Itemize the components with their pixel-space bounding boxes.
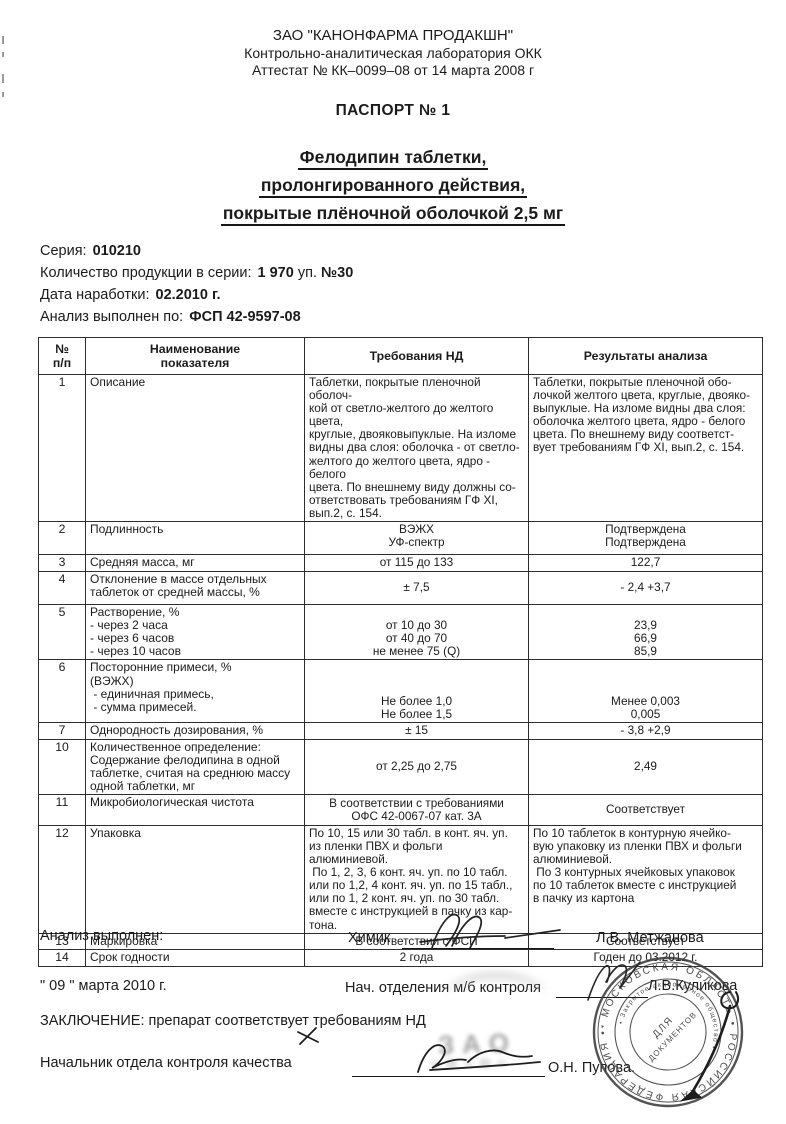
- table-row-11: 11Микробиологическая чистотаВ соответств…: [39, 794, 763, 825]
- round-stamp: МОСКОВСКАЯ ОБЛАСТЬ • РОССИЙСКАЯ ФЕДЕРАЦИ…: [587, 951, 750, 1114]
- cell-parameter-name: Растворение, % - через 2 часа - через 6 …: [86, 605, 305, 660]
- chemist-signature-line: [402, 948, 554, 949]
- cell-parameter-name: Подлинность: [86, 522, 305, 555]
- qc-head-label: Начальник отдела контроля качества: [40, 1055, 292, 1071]
- cell-number: 2: [39, 522, 86, 555]
- chemist-label: Химик: [348, 930, 390, 946]
- cell-nd-requirement: ± 15: [305, 723, 529, 739]
- table-header-col2: Наименование показателя: [86, 338, 305, 375]
- stamp-center-text1: ДЛЯ: [651, 1015, 676, 1041]
- product-title-line2: пролонгированного действия,: [0, 175, 786, 196]
- table-row-10: 10Количественное определение: Содержание…: [39, 739, 763, 794]
- laboratory-name: Контрольно-аналитическая лаборатория ОКК: [0, 45, 786, 61]
- stamp-star: *: [599, 1023, 609, 1033]
- scan-artifact: [2, 92, 4, 97]
- certificate-line: Аттестат № КК–0099–08 от 14 марта 2008 г: [0, 62, 786, 78]
- cell-parameter-name: Количественное определение: Содержание ф…: [86, 739, 305, 794]
- analysis-performed-label: Анализ выполнен:: [40, 928, 163, 944]
- series-label: Серия:: [40, 243, 87, 259]
- table-row-7: 7Однородность дозирования, %± 15- 3,8 +2…: [39, 723, 763, 739]
- date-label: Дата наработки:: [40, 287, 150, 303]
- cell-analysis-result: 122,7: [529, 555, 763, 572]
- cell-analysis-result: Соответствует: [529, 794, 763, 825]
- cell-analysis-result: 2,49: [529, 739, 763, 794]
- cell-parameter-name: Описание: [86, 375, 305, 522]
- table-row-4: 4Отклонение в массе отдельных таблеток о…: [39, 572, 763, 605]
- pack-size: №30: [321, 265, 353, 281]
- cell-nd-requirement: Не более 1,0 Не более 1,5: [305, 660, 529, 723]
- cell-number: 7: [39, 723, 86, 739]
- passport-title: ПАСПОРТ № 1: [0, 102, 786, 120]
- date-value: 02.2010 г.: [156, 287, 221, 303]
- cell-parameter-name: Срок годности: [86, 949, 305, 966]
- table-row-2: 2ПодлинностьВЭЖХ УФ-спектрПодтверждена П…: [39, 522, 763, 555]
- product-title-text: покрытые плёночной оболочкой 2,5 мг: [221, 203, 565, 226]
- cell-number: 4: [39, 572, 86, 605]
- cell-nd-requirement: ± 7,5: [305, 572, 529, 605]
- table-header-col3: Требования НД: [305, 338, 529, 375]
- cell-analysis-result: Менее 0,003 0,005: [529, 660, 763, 723]
- table-header-col1: № п/п: [39, 338, 86, 375]
- conclusion-line: ЗАКЛЮЧЕНИЕ: препарат соответствует требо…: [40, 1013, 426, 1029]
- cell-analysis-result: Подтверждена Подтверждена: [529, 522, 763, 555]
- scanned-qc-passport-page: ЗАО "КАНОНФАРМА ПРОДАКШН" Контрольно-ана…: [0, 0, 786, 1124]
- cell-nd-requirement: Таблетки, покрытые пленочной оболоч- кой…: [305, 375, 529, 522]
- quantity-unit: уп.: [298, 265, 317, 281]
- cell-parameter-name: Однородность дозирования, %: [86, 723, 305, 739]
- pupova-flourish: [683, 992, 738, 1100]
- cell-nd-requirement: В соответствии с ФСП: [305, 933, 529, 949]
- table-row-14: 14Срок годности2 годаГоден до 03.2012 г.: [39, 949, 763, 966]
- faint-stamp-letters2: ≈≋≈≋≈: [430, 1054, 560, 1074]
- table-row-12: 12УпаковкаПо 10, 15 или 30 табл. в конт.…: [39, 825, 763, 933]
- analysis-table: № п/пНаименование показателяТребования Н…: [38, 337, 763, 967]
- standard-value: ФСП 42-9597-08: [189, 309, 300, 325]
- cell-number: 14: [39, 949, 86, 966]
- table-header-col4: Результаты анализа: [529, 338, 763, 375]
- series-line: Серия:010210: [40, 243, 141, 259]
- cell-nd-requirement: В соответствии с требованиями ОФС 42-006…: [305, 794, 529, 825]
- stamp-center-text2: ДОКУМЕНТОВ: [647, 1010, 699, 1063]
- cell-number: 5: [39, 605, 86, 660]
- quantity-value: 1 970: [257, 265, 293, 281]
- table-row-6: 6Посторонние примеси, % (ВЭЖХ) - единичн…: [39, 660, 763, 723]
- cell-number: 12: [39, 825, 86, 933]
- production-date-line: Дата наработки:02.2010 г.: [40, 287, 221, 303]
- quantity-line: Количество продукции в серии:1 970 уп. №…: [40, 265, 353, 281]
- document-date: " 09 " марта 2010 г.: [40, 978, 167, 994]
- product-title-line3: покрытые плёночной оболочкой 2,5 мг: [0, 203, 786, 224]
- faint-stamp: ЗАО ≈≋≈≋≈: [408, 950, 583, 1122]
- cell-parameter-name: Посторонние примеси, % (ВЭЖХ) - единична…: [86, 660, 305, 723]
- cell-nd-requirement: По 10, 15 или 30 табл. в конт. яч. уп. и…: [305, 825, 529, 933]
- faint-stamp-arc: [446, 972, 546, 1019]
- company-name: ЗАО "КАНОНФАРМА ПРОДАКШН": [0, 27, 786, 44]
- mb-control-head-name: Л.В.Куликова: [648, 978, 737, 994]
- product-title-text: Фелодипин таблетки,: [298, 147, 489, 170]
- cell-analysis-result: Таблетки, покрытые пленочной обо- лочкой…: [529, 375, 763, 522]
- standard-label: Анализ выполнен по:: [40, 309, 183, 325]
- series-value: 010210: [93, 243, 141, 259]
- cell-number: 11: [39, 794, 86, 825]
- cell-analysis-result: - 2,4 +3,7: [529, 572, 763, 605]
- cell-analysis-result: - 3,8 +2,9: [529, 723, 763, 739]
- cell-nd-requirement: ВЭЖХ УФ-спектр: [305, 522, 529, 555]
- mb-head-signature: [588, 962, 640, 1000]
- cell-number: 10: [39, 739, 86, 794]
- table-row-5: 5Растворение, % - через 2 часа - через 6…: [39, 605, 763, 660]
- cell-nd-requirement: от 115 до 133: [305, 555, 529, 572]
- cell-parameter-name: Микробиологическая чистота: [86, 794, 305, 825]
- product-title-line1: Фелодипин таблетки,: [0, 147, 786, 168]
- cell-parameter-name: Упаковка: [86, 825, 305, 933]
- standard-line: Анализ выполнен по:ФСП 42-9597-08: [40, 309, 301, 325]
- cell-nd-requirement: от 10 до 30 от 40 до 70 не менее 75 (Q): [305, 605, 529, 660]
- cell-number: 3: [39, 555, 86, 572]
- cell-analysis-result: 23,9 66,9 85,9: [529, 605, 763, 660]
- cell-parameter-name: Средняя масса, мг: [86, 555, 305, 572]
- cell-analysis-result: По 10 таблеток в контурную ячейко- вую у…: [529, 825, 763, 933]
- cell-number: 1: [39, 375, 86, 522]
- cell-nd-requirement: от 2,25 до 2,75: [305, 739, 529, 794]
- table-row-1: 1ОписаниеТаблетки, покрытые пленочной об…: [39, 375, 763, 522]
- cell-number: 6: [39, 660, 86, 723]
- table-row-3: 3Средняя масса, мгот 115 до 133122,7: [39, 555, 763, 572]
- quantity-label: Количество продукции в серии:: [40, 265, 251, 281]
- cell-parameter-name: Отклонение в массе отдельных таблеток от…: [86, 572, 305, 605]
- chemist-name: Л.В. Метжанова: [596, 930, 704, 946]
- product-title-text: пролонгированного действия,: [259, 175, 527, 198]
